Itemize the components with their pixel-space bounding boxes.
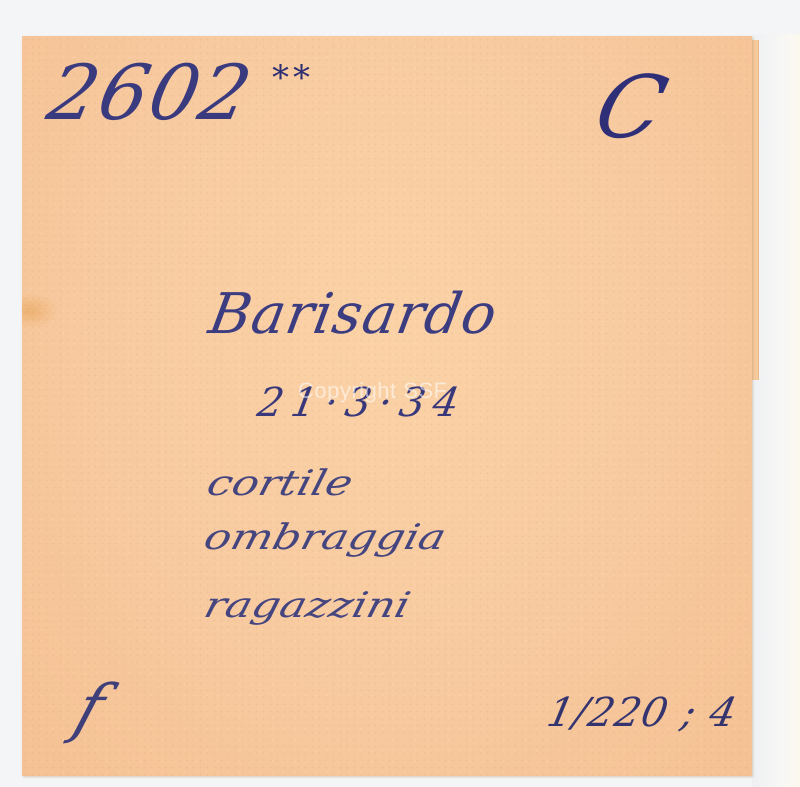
note-line: ombraggia — [200, 517, 450, 558]
catalog-number: 2602 — [41, 48, 261, 137]
place-name: Barisardo — [204, 282, 502, 347]
exposure-setting: 1/220 ; 4 — [543, 690, 741, 736]
copyright-watermark: Copyright SSF — [298, 378, 448, 404]
note-line: cortile — [203, 463, 357, 504]
backing-sheet — [752, 34, 800, 787]
catalog-star-marks: ** — [272, 58, 314, 98]
note-line: ragazzini — [200, 585, 415, 626]
